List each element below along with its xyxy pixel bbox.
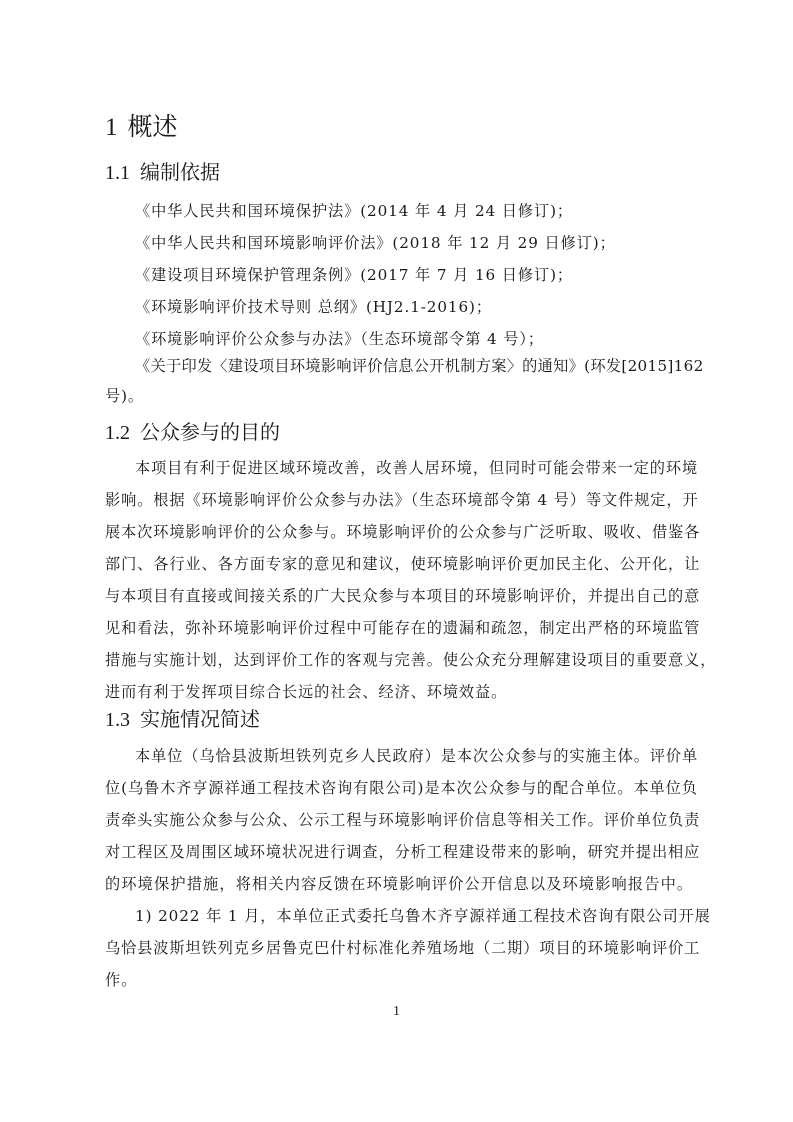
paragraph-line: 部门、各行业、各方面专家的意见和建议，使环境影响评价更加民主化、公开化，让 [105, 554, 693, 574]
reference-item: 《环境影响评价公众参与办法》（生态环境部令第 4 号）； [105, 329, 693, 349]
paragraph-line: 乌恰县波斯坦铁列克乡居鲁克巴什村标准化养殖场地（二期）项目的环境影响评价工 [105, 938, 693, 958]
paragraph-line: 1) 2022 年 1 月，本单位正式委托乌鲁木齐亨源祥通工程技术咨询有限公司开… [105, 906, 693, 926]
paragraph-line: 对工程区及周围区域环境状况进行调查，分析工程建设带来的影响，研究并提出相应 [105, 842, 693, 862]
document-page: 1概述 1.1编制依据 《中华人民共和国环境保护法》(2014 年 4 月 24… [0, 0, 793, 1122]
chapter-number: 1 [105, 114, 118, 141]
section-heading-1-1: 1.1编制依据 [105, 158, 220, 187]
reference-item: 《中华人民共和国环境影响评价法》(2018 年 12 月 29 日修订)； [105, 233, 693, 253]
chapter-title: 概述 [128, 112, 178, 141]
paragraph-line: 作。 [105, 970, 693, 990]
section-title: 实施情况简述 [140, 707, 260, 731]
reference-item: 《中华人民共和国环境保护法》(2014 年 4 月 24 日修订)； [105, 201, 693, 221]
reference-item: 《建设项目环境保护管理条例》(2017 年 7 月 16 日修订)； [105, 265, 693, 285]
paragraph-line: 影响。根据《环境影响评价公众参与办法》（生态环境部令第 4 号）等文件规定，开 [105, 490, 693, 510]
paragraph-line: 与本项目有直接或间接关系的广大民众参与本项目的环境影响评价，并提出自己的意 [105, 586, 693, 606]
section-number: 1.2 [105, 422, 130, 444]
paragraph-line: 措施与实施计划，达到评价工作的客观与完善。使公众充分理解建设项目的重要意义， [105, 650, 693, 670]
reference-item: 《环境影响评价技术导则 总纲》(HJ2.1-2016)； [105, 297, 693, 317]
section-number: 1.3 [105, 709, 130, 731]
page-number: 1 [0, 1004, 793, 1020]
paragraph-line: 进而有利于发挥项目综合长远的社会、经济、环境效益。 [105, 682, 693, 702]
paragraph-line: 的环境保护措施，将相关内容反馈在环境影响评价公开信息以及环境影响报告中。 [105, 874, 693, 894]
section-title: 编制依据 [140, 160, 220, 184]
reference-item: 《关于印发〈建设项目环境影响评价信息公开机制方案〉的通知》(环发[2015]16… [105, 356, 693, 376]
paragraph-line: 展本次环境影响评价的公众参与。环境影响评价的公众参与广泛听取、吸收、借鉴各 [105, 522, 693, 542]
section-number: 1.1 [105, 162, 130, 184]
paragraph-line: 见和看法，弥补环境影响评价过程中可能存在的遗漏和疏忽，制定出严格的环境监管 [105, 618, 693, 638]
paragraph-line: 本项目有利于促进区域环境改善，改善人居环境，但同时可能会带来一定的环境 [105, 458, 693, 478]
section-title: 公众参与的目的 [140, 420, 280, 444]
paragraph-line: 责牵头实施公众参与公众、公示工程与环境影响评价信息等相关工作。评价单位负责 [105, 810, 693, 830]
section-heading-1-2: 1.2公众参与的目的 [105, 418, 280, 447]
section-heading-1-3: 1.3实施情况简述 [105, 705, 260, 734]
chapter-heading: 1概述 [105, 110, 178, 145]
paragraph-line: 位(乌鲁木齐亨源祥通工程技术咨询有限公司)是本次公众参与的配合单位。本单位负 [105, 778, 693, 798]
paragraph-line: 本单位（乌恰县波斯坦铁列克乡人民政府）是本次公众参与的实施主体。评价单 [105, 746, 693, 766]
reference-item-continued: 号)。 [105, 386, 693, 406]
